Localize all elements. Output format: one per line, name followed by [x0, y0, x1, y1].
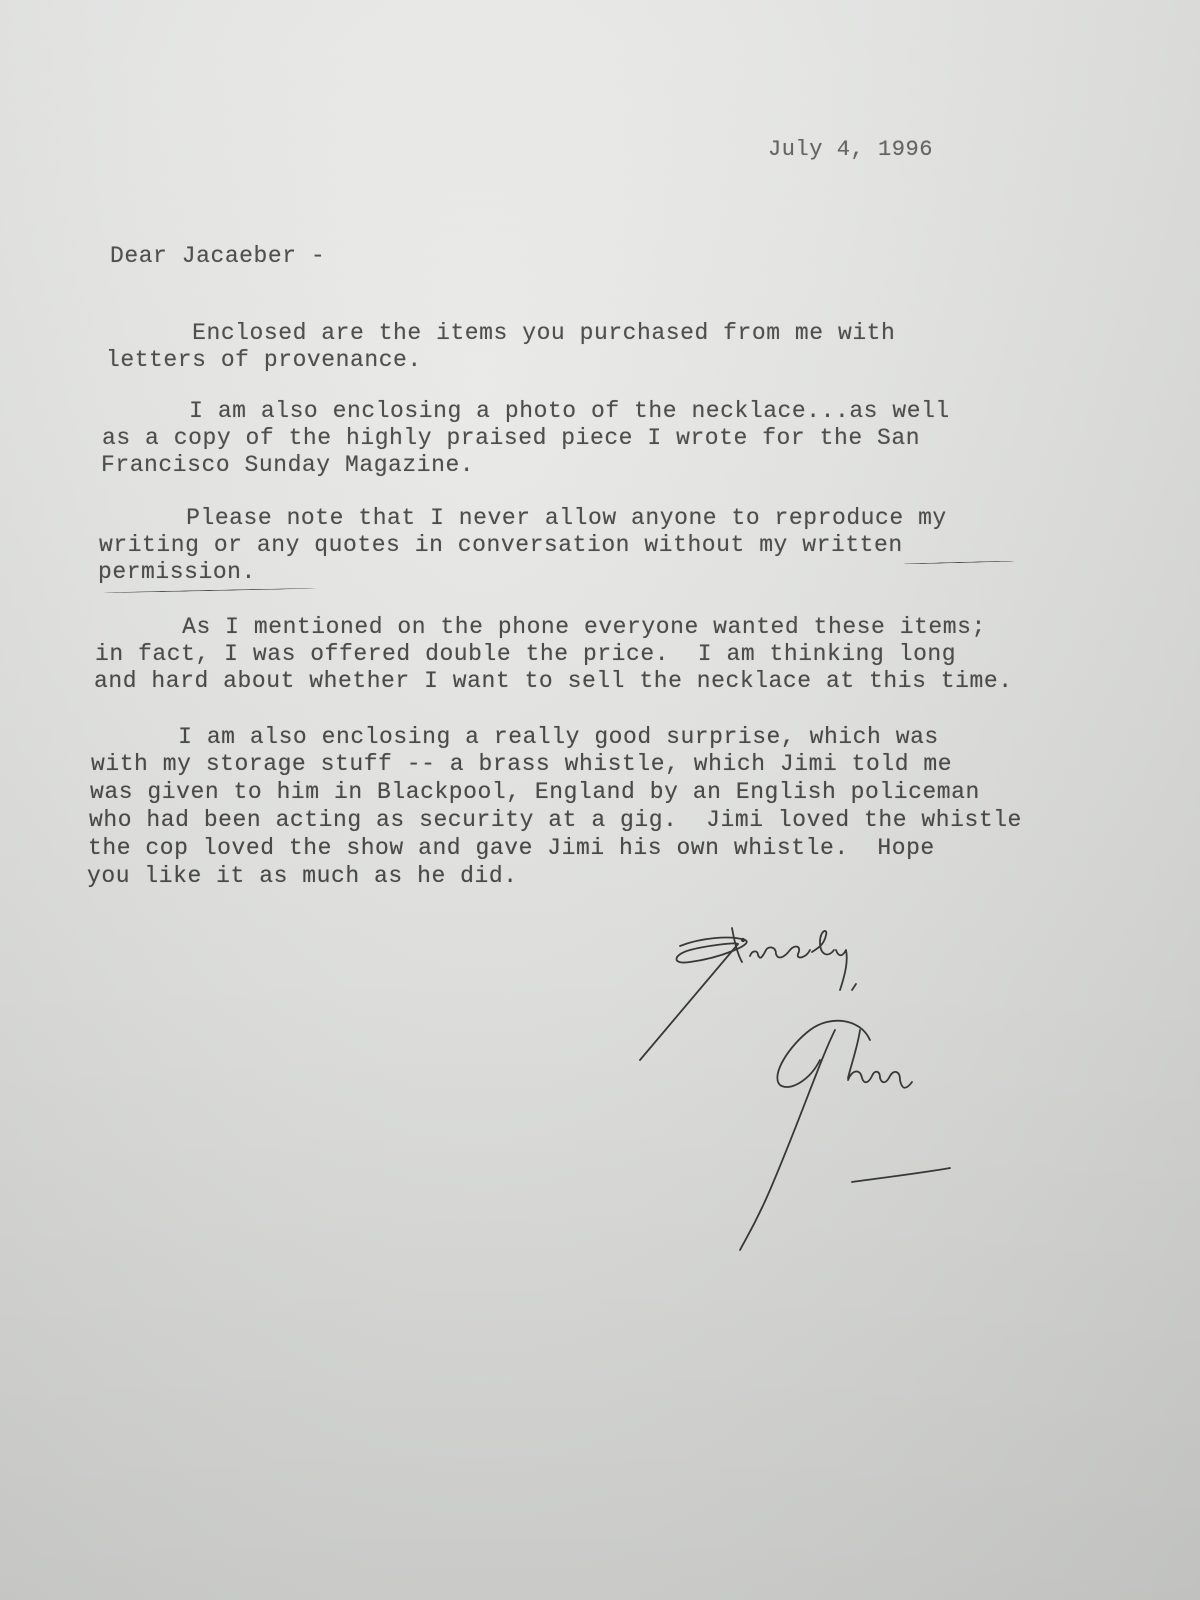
text-line: Please note that I never allow anyone to…: [100, 507, 947, 530]
letter-page: July 4, 1996 Dear Jacaeber - Enclosed ar…: [0, 0, 1200, 1600]
letter-date: July 4, 1996: [768, 139, 933, 161]
text-line: letters of provenance.: [106, 349, 422, 372]
pen-underline-written: [903, 561, 1015, 565]
text-line: writing or any quotes in conversation wi…: [99, 534, 903, 557]
salutation: Dear Jacaeber -: [110, 245, 325, 268]
text-line: I am also enclosing a really good surpri…: [92, 726, 939, 749]
text-line: Francisco Sunday Magazine.: [101, 454, 474, 477]
pen-underline-permission: [103, 588, 316, 593]
text-line: Enclosed are the items you purchased fro…: [106, 322, 895, 345]
text-line: the cop loved the show and gave Jimi his…: [88, 837, 935, 860]
text-line: permission.: [98, 561, 256, 584]
text-line: as a copy of the highly praised piece I …: [102, 427, 920, 450]
text-line: in fact, I was offered double the price.…: [95, 643, 956, 666]
closing-sincerely: [677, 938, 747, 963]
text-line: with my storage stuff -- a brass whistle…: [91, 753, 952, 776]
text-line: As I mentioned on the phone everyone wan…: [96, 616, 986, 639]
text-line: was given to him in Blackpool, England b…: [90, 781, 980, 804]
signature-dash: [852, 1168, 950, 1182]
text-line: you like it as much as he did.: [87, 865, 518, 888]
text-line: and hard about whether I want to sell th…: [94, 670, 1013, 693]
text-line: who had been acting as security at a gig…: [89, 809, 1022, 832]
text-line: I am also enclosing a photo of the neckl…: [103, 400, 950, 423]
